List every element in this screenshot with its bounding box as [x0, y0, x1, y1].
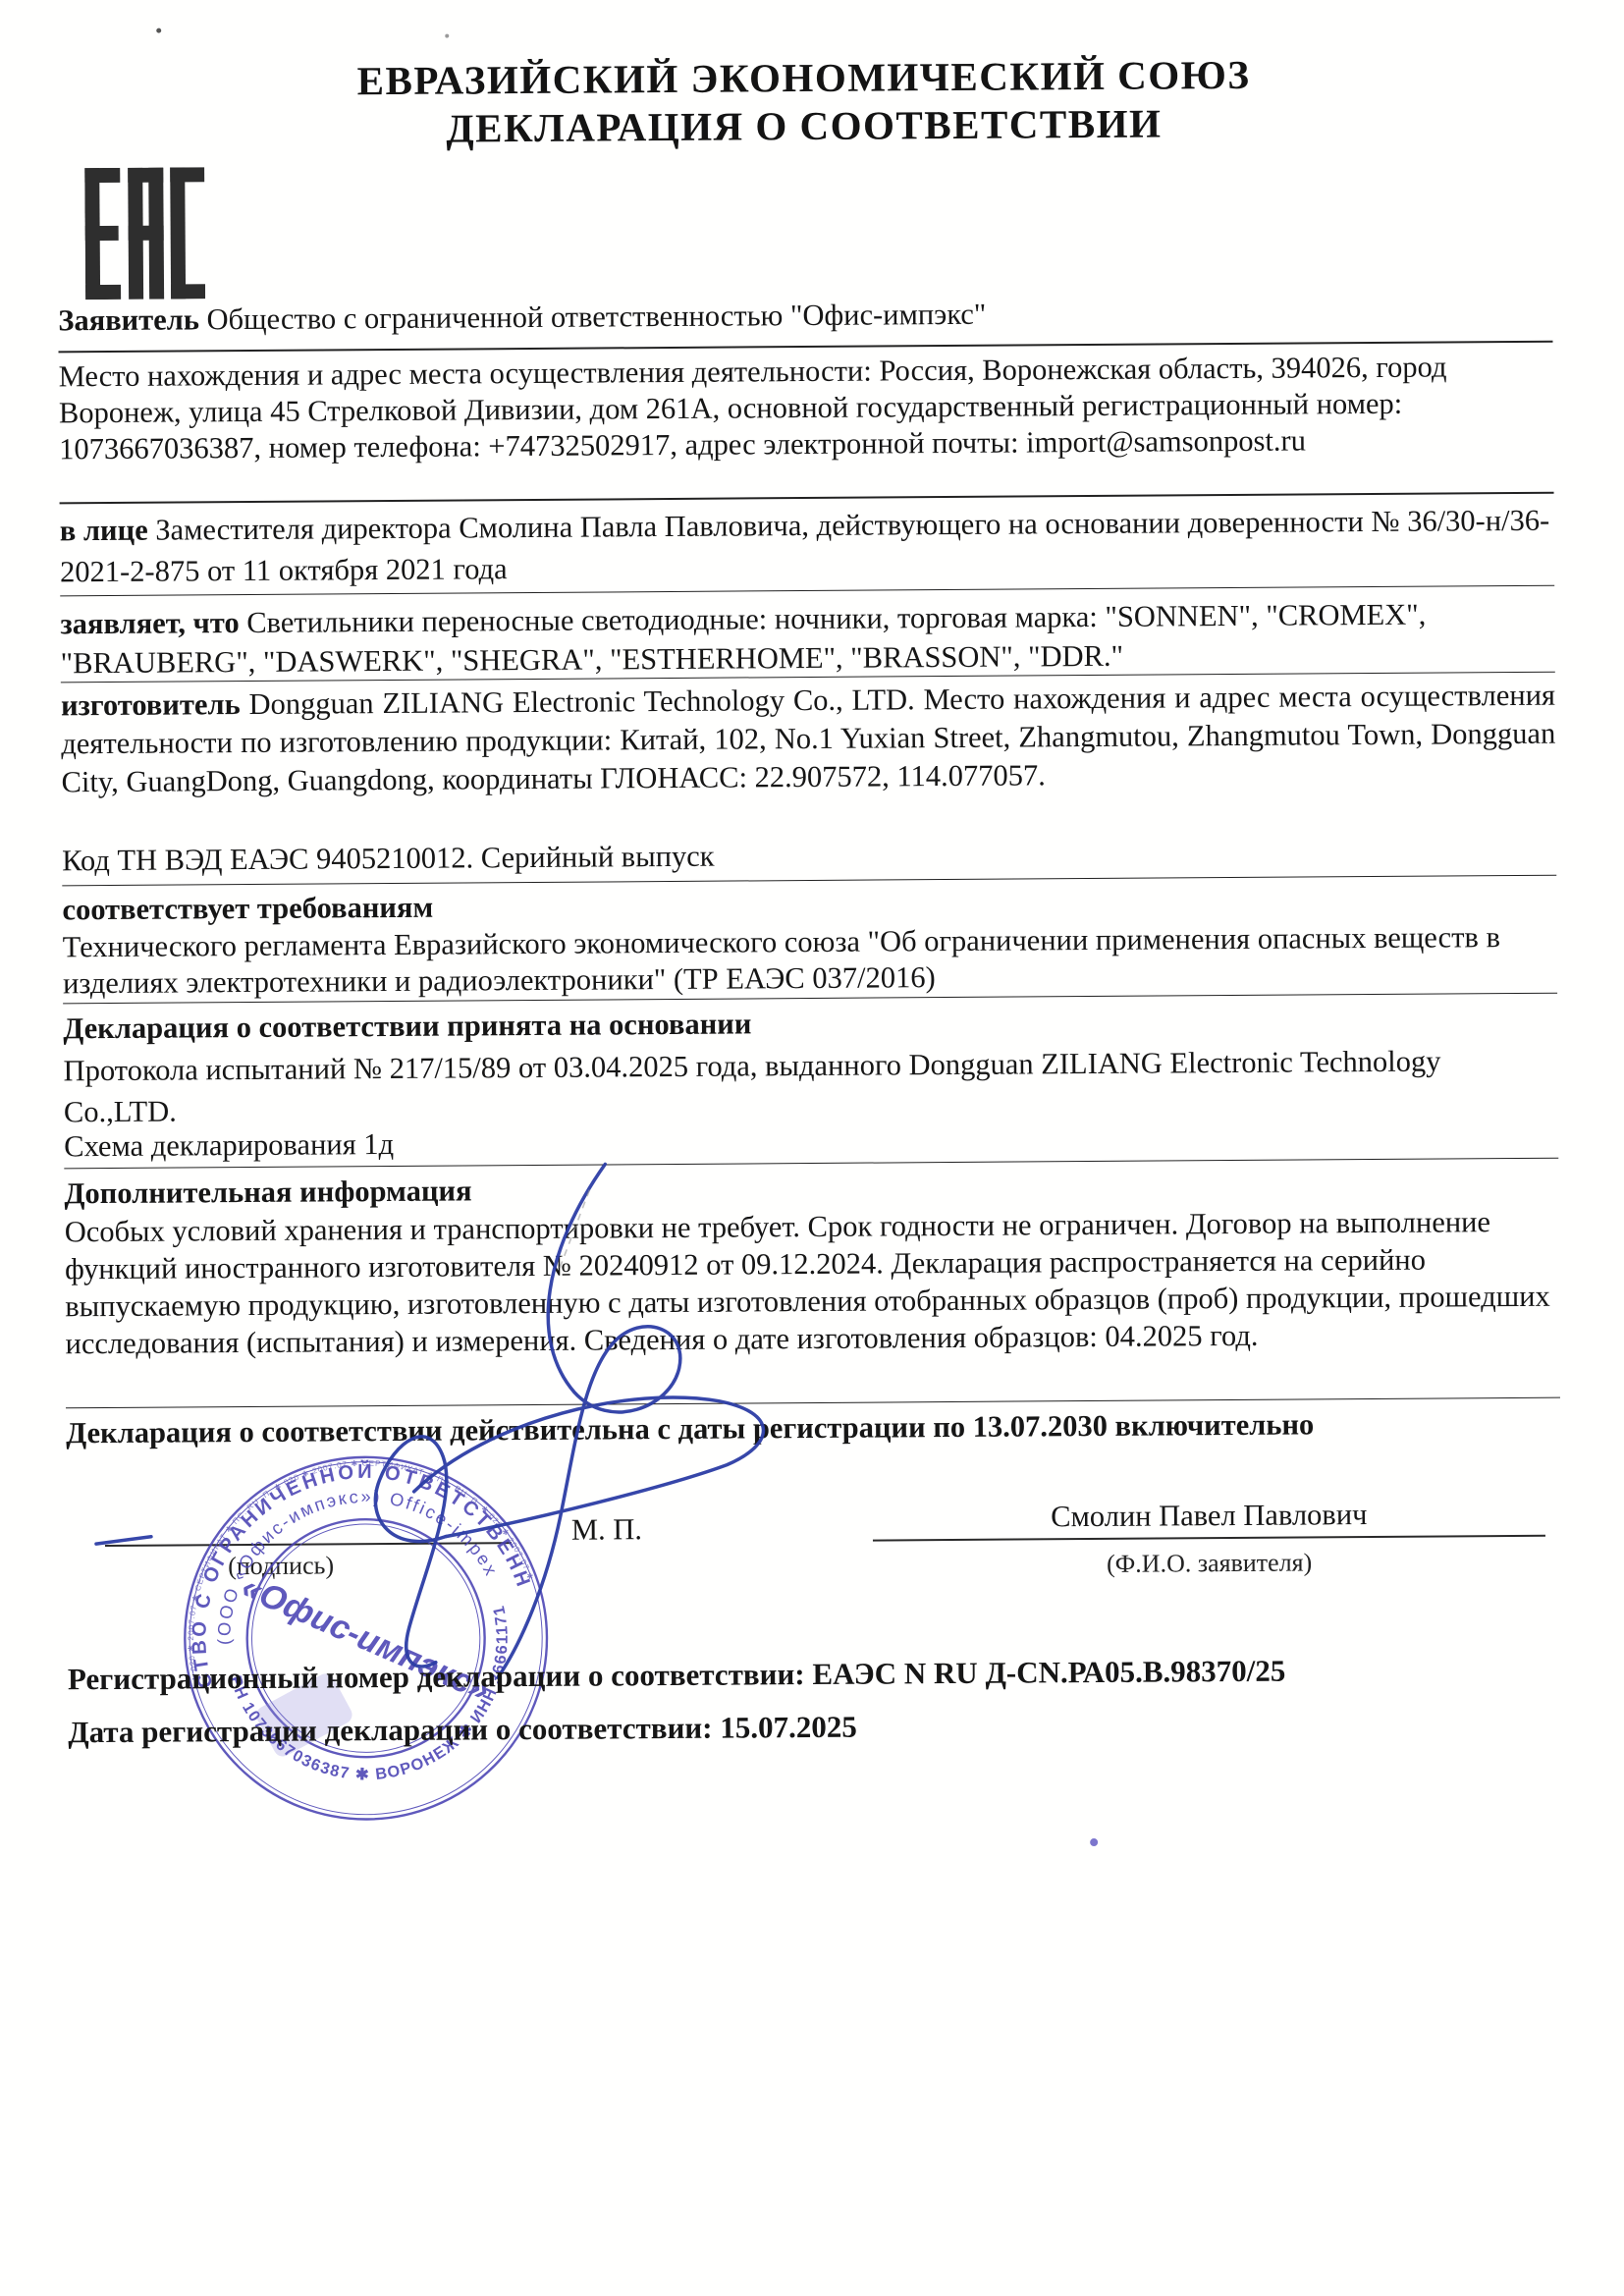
- additional-paragraph: Особых условий хранения и транспортировк…: [65, 1203, 1560, 1363]
- representative-paragraph: в лице Заместителя директора Смолина Пав…: [60, 500, 1555, 593]
- scan-speck: [156, 28, 161, 33]
- declares-value: Светильники переносные светодиодные: ноч…: [61, 598, 1427, 681]
- scan-speck: [445, 34, 449, 38]
- basis-protocol: Протокола испытаний № 217/15/89 от 03.04…: [63, 1040, 1558, 1133]
- declares-label: заявляет, что: [60, 606, 239, 640]
- applicant-label: Заявитель: [58, 302, 199, 337]
- address-paragraph: Место нахождения и адрес места осуществл…: [59, 349, 1554, 468]
- manufacturer-paragraph: изготовитель Dongguan ZILIANG Electronic…: [61, 677, 1556, 802]
- manufacturer-label: изготовитель: [61, 687, 241, 722]
- ink-dot: [1090, 1838, 1098, 1846]
- representative-value: Заместителя директора Смолина Павла Павл…: [60, 504, 1549, 589]
- basis-heading: Декларация о соответствии принята на осн…: [63, 1001, 1557, 1048]
- applicant-value: Общество с ограниченной ответственностью…: [206, 298, 986, 337]
- complies-paragraph: Технического регламента Евразийского эко…: [63, 919, 1557, 1003]
- mp-label: М. П.: [571, 1511, 689, 1549]
- applicant-name: Смолин Павел Павлович: [873, 1496, 1545, 1537]
- manufacturer-value: Dongguan ZILIANG Electronic Technology C…: [61, 679, 1555, 799]
- name-caption: (Ф.И.О. заявителя): [873, 1547, 1545, 1581]
- scan-tilt-wrapper: ЕВРАЗИЙСКИЙ ЭКОНОМИЧЕСКИЙ СОЮЗ ДЕКЛАРАЦИ…: [0, 0, 1624, 2296]
- eac-mark-icon: [84, 167, 205, 300]
- declaration-document: ЕВРАЗИЙСКИЙ ЭКОНОМИЧЕСКИЙ СОЮЗ ДЕКЛАРАЦИ…: [0, 0, 1624, 2296]
- page-subtitle: ДЕКЛАРАЦИЯ О СООТВЕТСТВИИ: [0, 96, 1616, 155]
- company-stamp: ✱ 020 ✱ 2007.07 ✱ СЕРТИФИКАТ ✱ ПС. RU. П…: [176, 1449, 556, 1829]
- applicant-line: Заявитель Общество с ограниченной ответс…: [58, 293, 1552, 340]
- declares-paragraph: заявляет, что Светильники переносные све…: [60, 594, 1555, 683]
- validity-line: Декларация о соответствии действительна …: [66, 1405, 1560, 1452]
- tnved-line: Код ТН ВЭД ЕАЭС 9405210012. Серийный вып…: [62, 833, 1556, 880]
- representative-label: в лице: [60, 514, 148, 548]
